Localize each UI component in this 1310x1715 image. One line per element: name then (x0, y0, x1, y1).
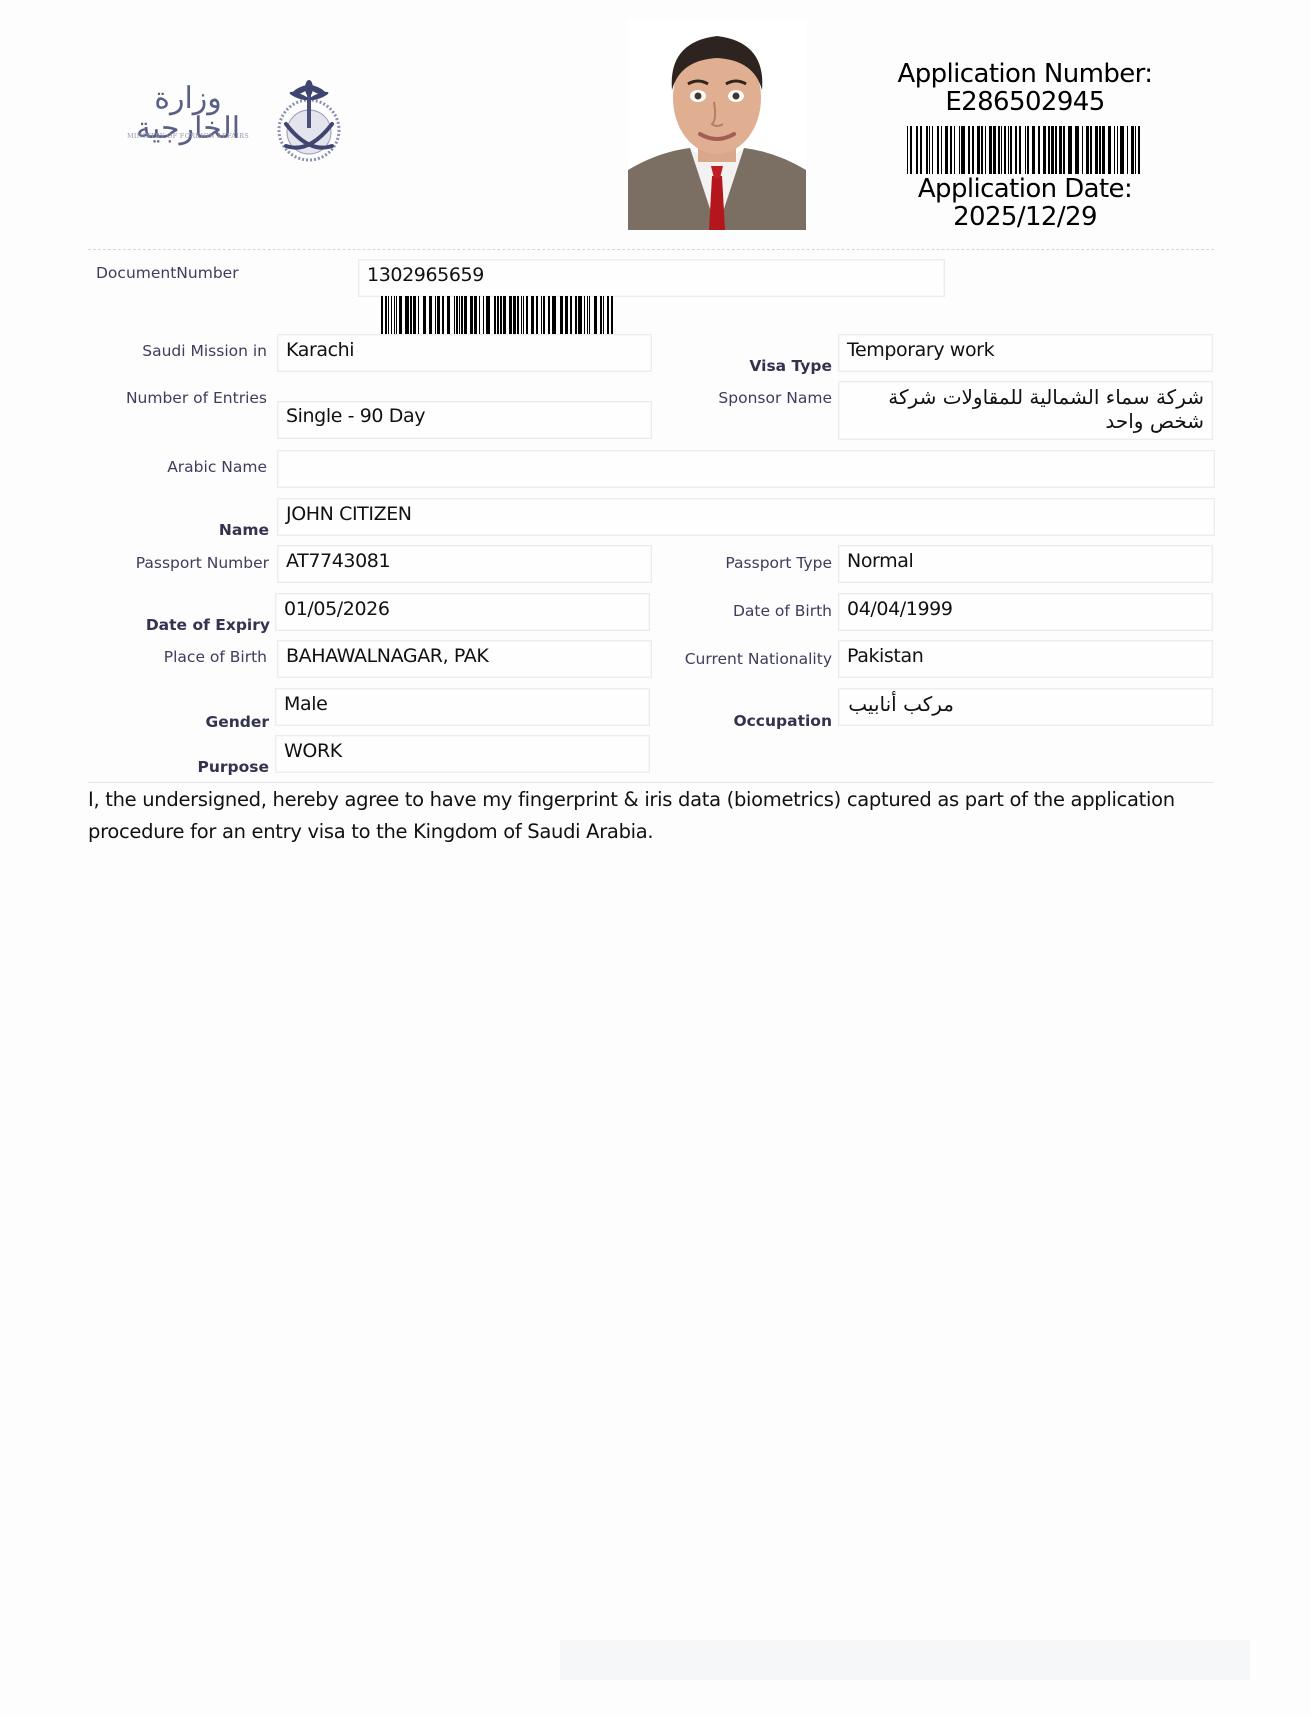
place-of-birth-field: BAHAWALNAGAR, PAK (277, 640, 652, 678)
arabic-name-label: Arabic Name (167, 458, 267, 476)
name-label: Name (219, 521, 269, 539)
saudi-mission-field: Karachi (277, 334, 652, 372)
gender-field: Male (275, 688, 650, 726)
ministry-english-name: MINISTRY OF FOREIGN AFFAIRS (118, 132, 258, 140)
purpose-label: Purpose (197, 758, 269, 776)
application-date-label: Application Date: (880, 175, 1170, 203)
applicant-photo (628, 20, 806, 230)
application-number-label: Application Number: (880, 60, 1170, 88)
document-number-field: 1302965659 (358, 259, 945, 297)
visa-type-label: Visa Type (749, 357, 832, 375)
date-of-expiry-label: Date of Expiry (146, 616, 270, 634)
arabic-name-field (277, 450, 1215, 488)
application-number: E286502945 (880, 88, 1170, 116)
passport-number-field: AT7743081 (277, 545, 652, 583)
current-nationality-field: Pakistan (838, 640, 1213, 678)
application-info: Application Number: E286502945 Applicati… (880, 60, 1170, 231)
number-of-entries-label: Number of Entries (126, 389, 267, 407)
passport-number-label: Passport Number (136, 554, 269, 572)
consent-statement: I, the undersigned, hereby agree to have… (88, 784, 1228, 848)
purpose-field: WORK (275, 735, 650, 773)
fields-divider (88, 782, 1214, 783)
sponsor-name-field: شركة سماء الشمالية للمقاولات شركة شخص وا… (838, 381, 1213, 440)
current-nationality-label: Current Nationality (685, 650, 832, 668)
document-number-label: DocumentNumber (96, 264, 239, 282)
passport-type-field: Normal (838, 545, 1213, 583)
header-divider (88, 249, 1214, 250)
gender-label: Gender (205, 713, 269, 731)
occupation-field: مركب أنابيب (838, 688, 1213, 726)
faint-watermark (560, 1620, 1250, 1700)
occupation-label: Occupation (733, 712, 832, 730)
visa-type-field: Temporary work (838, 334, 1213, 372)
place-of-birth-label: Place of Birth (164, 648, 267, 666)
ministry-logo: وزارة الخارجية MINISTRY OF FOREIGN AFFAI… (118, 74, 350, 162)
name-field: JOHN CITIZEN (277, 498, 1215, 536)
date-of-expiry-field: 01/05/2026 (275, 593, 650, 631)
passport-type-label: Passport Type (725, 554, 832, 572)
number-of-entries-field: Single - 90 Day (277, 401, 652, 439)
application-date: 2025/12/29 (880, 203, 1170, 231)
document-barcode (381, 296, 617, 334)
saudi-mission-label: Saudi Mission in (142, 342, 267, 360)
saudi-emblem-icon (268, 74, 350, 162)
sponsor-name-label: Sponsor Name (718, 389, 832, 407)
date-of-birth-field: 04/04/1999 (838, 593, 1213, 631)
date-of-birth-label: Date of Birth (733, 602, 832, 620)
application-barcode (907, 126, 1143, 174)
